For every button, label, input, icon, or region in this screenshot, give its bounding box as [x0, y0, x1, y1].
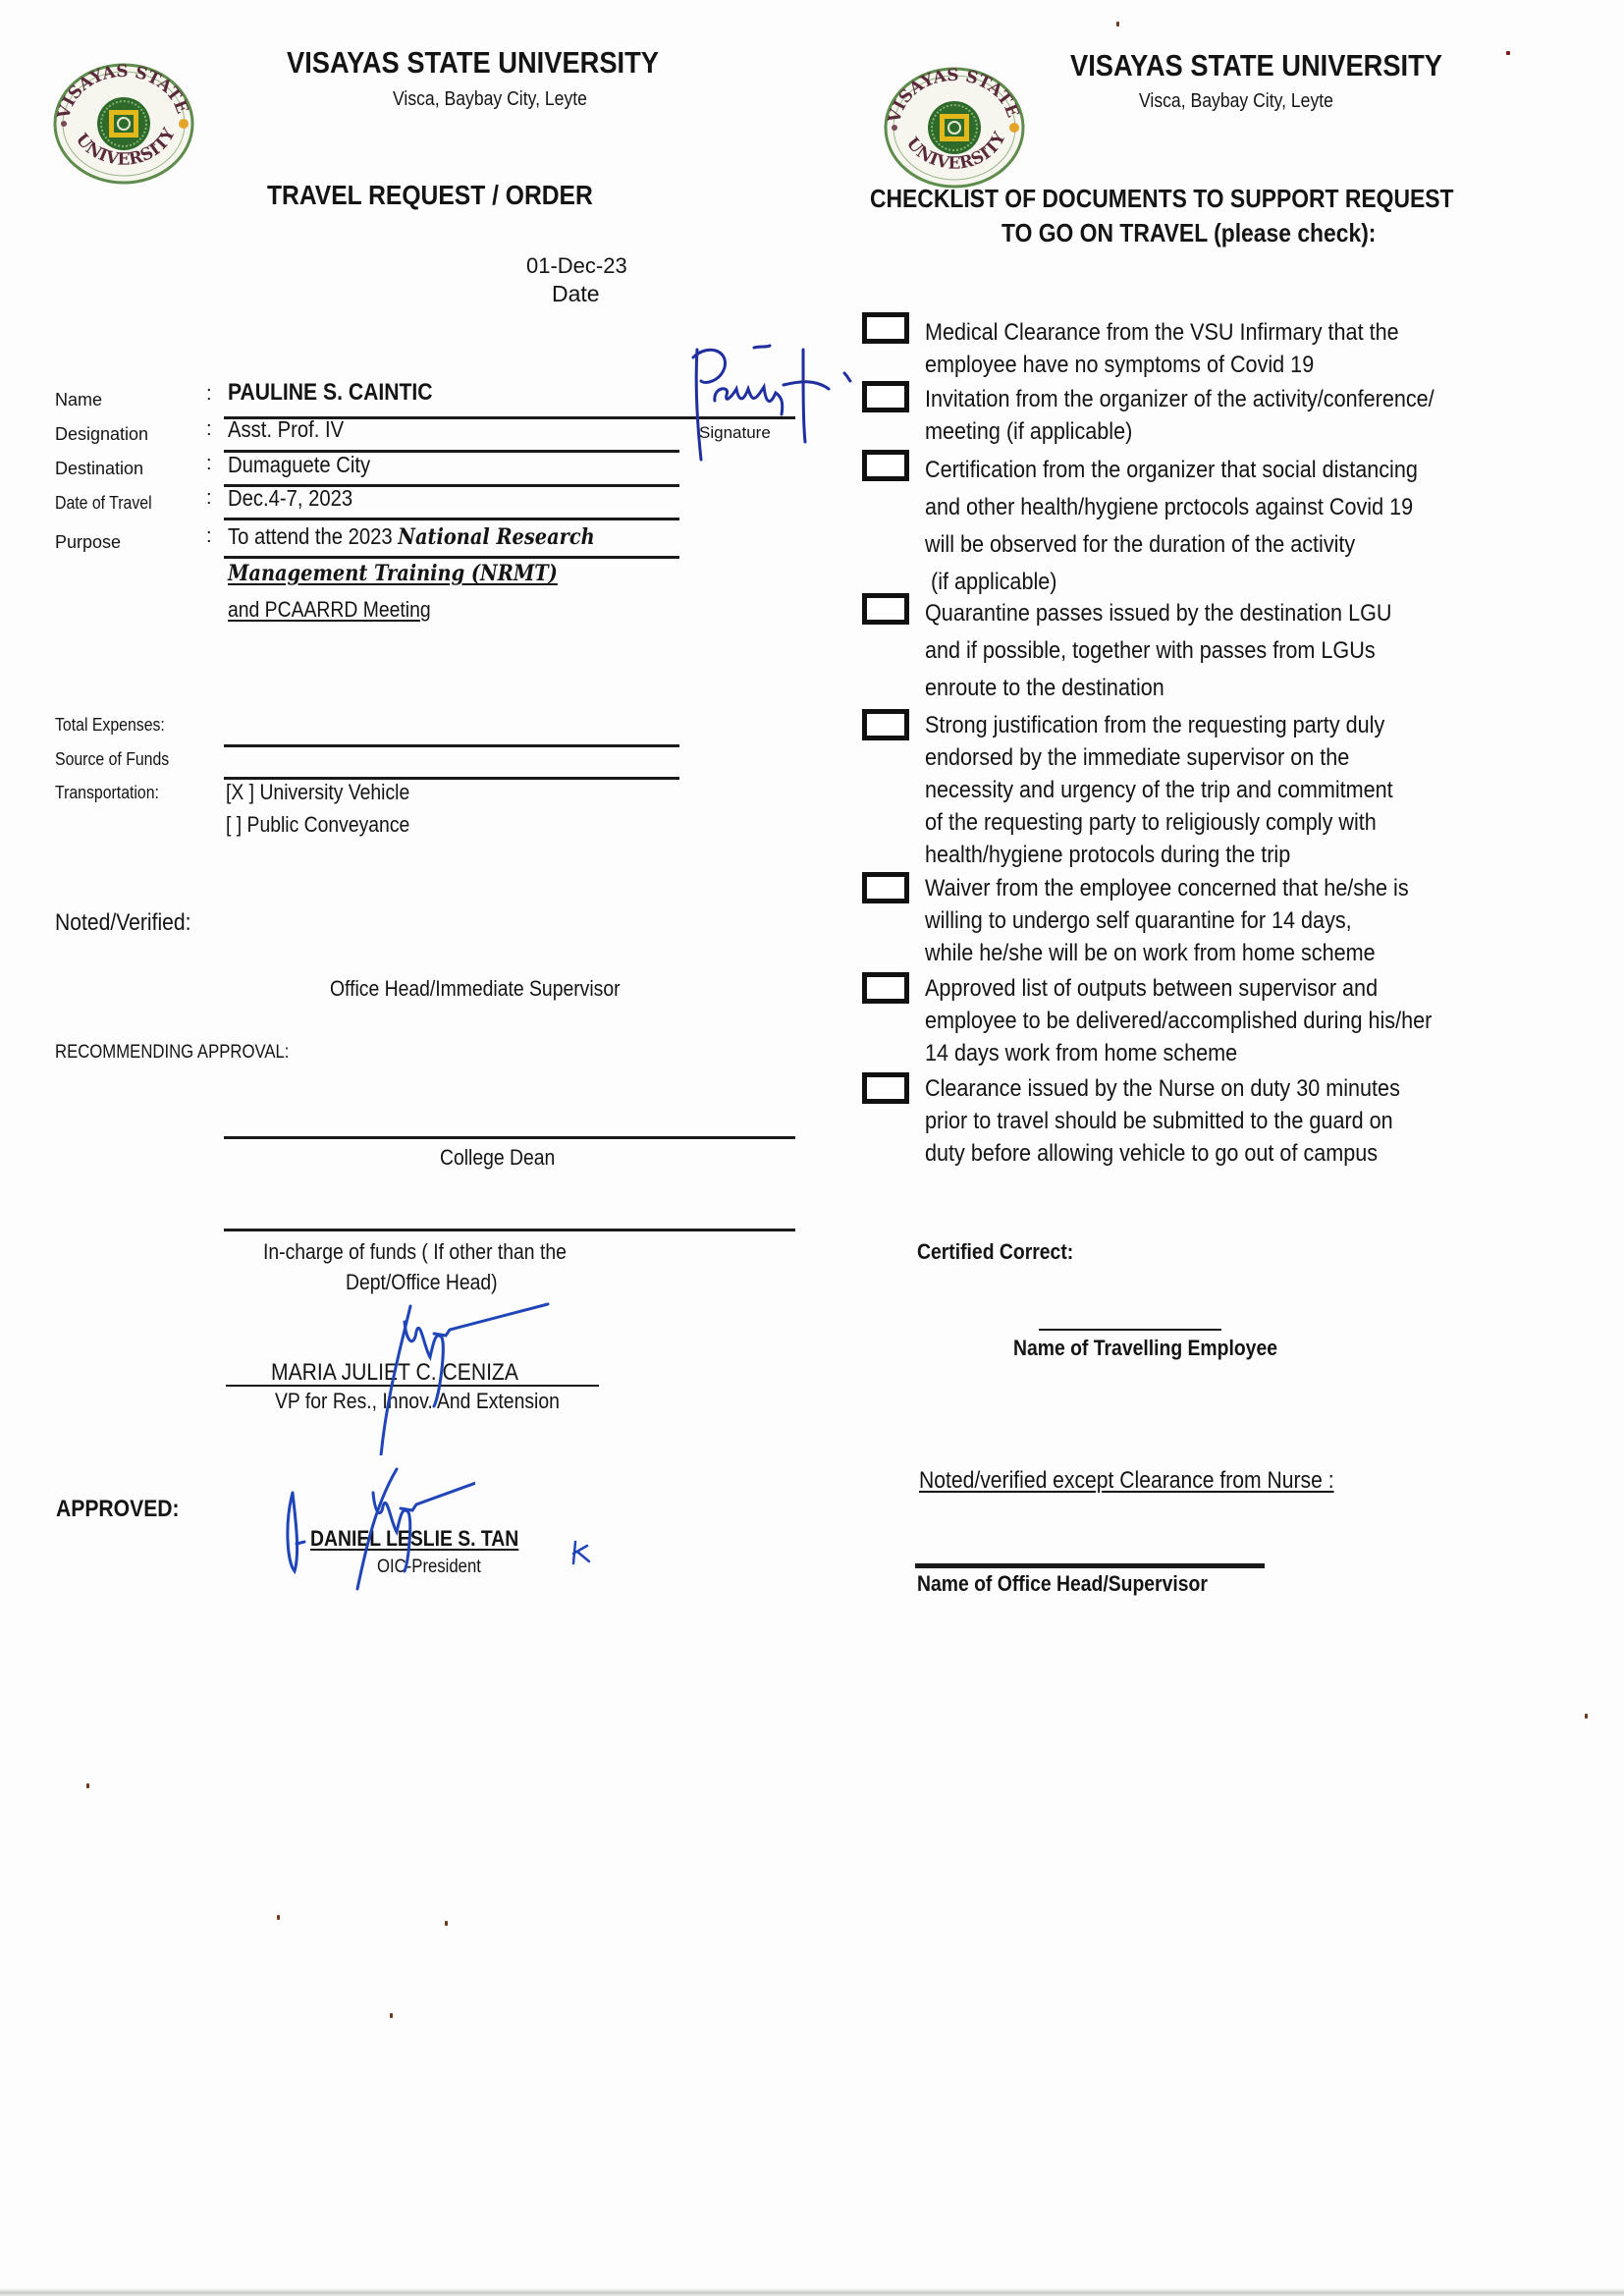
travelling-employee-label: Name of Travelling Employee — [1013, 1336, 1277, 1361]
university-address: Visca, Baybay City, Leyte — [393, 88, 587, 111]
option-label: Public Conveyance — [247, 812, 410, 837]
in-charge-label-line1: In-charge of funds ( If other than the — [263, 1239, 567, 1265]
purpose-label: Purpose — [55, 532, 121, 553]
recommending-approval-label: RECOMMENDING APPROVAL: — [55, 1042, 289, 1064]
scan-bottom-edge — [0, 2288, 1624, 2296]
checklist-checkbox-1[interactable] — [862, 312, 909, 344]
checklist-item-6: Waiver from the employee concerned that … — [925, 872, 1462, 969]
checklist-item-8: Clearance issued by the Nurse on duty 30… — [925, 1072, 1453, 1170]
checklist-item-3: Certification from the organizer that so… — [925, 452, 1473, 601]
total-expenses-field[interactable] — [224, 744, 679, 747]
form-title: TRAVEL REQUEST / ORDER — [267, 180, 593, 211]
checklist-checkbox-7[interactable] — [862, 972, 909, 1004]
president-name: DANIEL LESLIE S. TAN — [310, 1526, 518, 1552]
checkbox-mark: [X ] — [226, 780, 254, 804]
checklist-checkbox-3[interactable] — [862, 450, 909, 481]
checklist-item-5: Strong justification from the requesting… — [925, 709, 1445, 871]
date-value: 01-Dec-23 — [526, 253, 627, 279]
president-title: OIC-President — [377, 1557, 481, 1578]
checklist-item-1: Medical Clearance from the VSU Infirmary… — [925, 316, 1451, 381]
approved-label: APPROVED: — [56, 1496, 180, 1523]
scan-speck — [277, 1915, 280, 1920]
date-of-travel-underline — [224, 518, 679, 520]
travelling-employee-signature-line[interactable] — [1039, 1329, 1221, 1331]
date-of-travel-value[interactable]: Dec.4-7, 2023 — [228, 485, 352, 512]
purpose-underline-1 — [224, 556, 679, 559]
destination-label: Destination — [55, 459, 143, 479]
checklist-item-7: Approved list of outputs between supervi… — [925, 972, 1489, 1069]
signature-label: Signature — [699, 423, 771, 443]
transport-option-university-vehicle[interactable]: [X ] University Vehicle — [226, 780, 409, 805]
vp-name: MARIA JULIET C. CENIZA — [271, 1359, 518, 1387]
scan-speck — [1506, 51, 1510, 55]
transport-option-public-conveyance[interactable]: [ ] Public Conveyance — [226, 812, 409, 838]
scan-speck — [1585, 1714, 1588, 1719]
college-dean-signature-line[interactable] — [224, 1136, 795, 1139]
college-dean-label: College Dean — [440, 1145, 555, 1171]
office-head-supervisor-signature-line[interactable] — [915, 1563, 1265, 1568]
checklist-checkbox-2[interactable] — [862, 381, 909, 412]
date-of-travel-label: Date of Travel — [55, 493, 152, 514]
purpose-line-1[interactable]: To attend the 2023 National Research — [228, 523, 595, 550]
noted-except-nurse-label: Noted/verified except Clearance from Nur… — [919, 1467, 1334, 1495]
destination-colon: : — [206, 453, 212, 475]
vp-title: VP for Res., Innov. And Extension — [275, 1389, 560, 1414]
designation-label: Designation — [55, 424, 148, 445]
destination-value[interactable]: Dumaguete City — [228, 452, 370, 478]
purpose-emphasis-text: National Research — [398, 524, 594, 550]
vp-signature-line — [226, 1385, 599, 1387]
checklist-checkbox-6[interactable] — [862, 872, 909, 903]
purpose-line-3[interactable]: and PCAARRD Meeting — [228, 597, 431, 623]
checklist-checkbox-4[interactable] — [862, 593, 909, 625]
in-charge-signature-line[interactable] — [224, 1229, 795, 1231]
university-name-right: VISAYAS STATE UNIVERSITY — [1070, 48, 1442, 83]
designation-colon: : — [206, 418, 212, 441]
purpose-plain-text: To attend the 2023 — [228, 523, 398, 549]
university-seal-icon: VISAYAS STATE UNIVERSITY — [51, 61, 196, 187]
checklist-checkbox-8[interactable] — [862, 1072, 909, 1104]
checkbox-mark: [ ] — [226, 812, 242, 837]
in-charge-label-line2: Dept/Office Head) — [346, 1270, 498, 1295]
scan-speck — [445, 1921, 448, 1926]
name-label: Name — [55, 390, 102, 410]
total-expenses-label: Total Expenses: — [55, 715, 165, 736]
university-address-right: Visca, Baybay City, Leyte — [1139, 90, 1333, 113]
checklist-item-2: Invitation from the organizer of the act… — [925, 383, 1490, 448]
checklist-item-4: Quarantine passes issued by the destinat… — [925, 595, 1443, 707]
university-seal-icon-right: VISAYAS STATE UNIVERSITY — [882, 65, 1027, 191]
university-name: VISAYAS STATE UNIVERSITY — [287, 45, 659, 81]
scan-speck — [1116, 22, 1119, 27]
purpose-colon: : — [206, 525, 212, 548]
office-head-supervisor-label: Name of Office Head/Supervisor — [917, 1571, 1208, 1597]
office-head-label: Office Head/Immediate Supervisor — [330, 976, 621, 1002]
date-of-travel-colon: : — [206, 487, 212, 510]
checklist-title-line1: CHECKLIST OF DOCUMENTS TO SUPPORT REQUES… — [870, 184, 1453, 214]
designation-value[interactable]: Asst. Prof. IV — [228, 416, 344, 443]
checklist-title-line2: TO GO ON TRAVEL (please check): — [1001, 218, 1376, 248]
name-value[interactable]: PAULINE S. CAINTIC — [228, 379, 432, 407]
date-label: Date — [552, 281, 600, 307]
noted-verified-label: Noted/Verified: — [55, 909, 191, 937]
scan-speck — [86, 1783, 89, 1788]
purpose-line-2[interactable]: Management Training (NRMT) — [228, 561, 558, 586]
transportation-label: Transportation: — [55, 783, 159, 803]
checklist-checkbox-5[interactable] — [862, 709, 909, 740]
scan-speck — [390, 2013, 393, 2018]
name-colon: : — [206, 383, 212, 406]
option-label: University Vehicle — [259, 780, 409, 804]
source-of-funds-label: Source of Funds — [55, 749, 169, 770]
certified-correct-label: Certified Correct: — [917, 1239, 1073, 1265]
initial-mark-icon — [569, 1540, 593, 1567]
